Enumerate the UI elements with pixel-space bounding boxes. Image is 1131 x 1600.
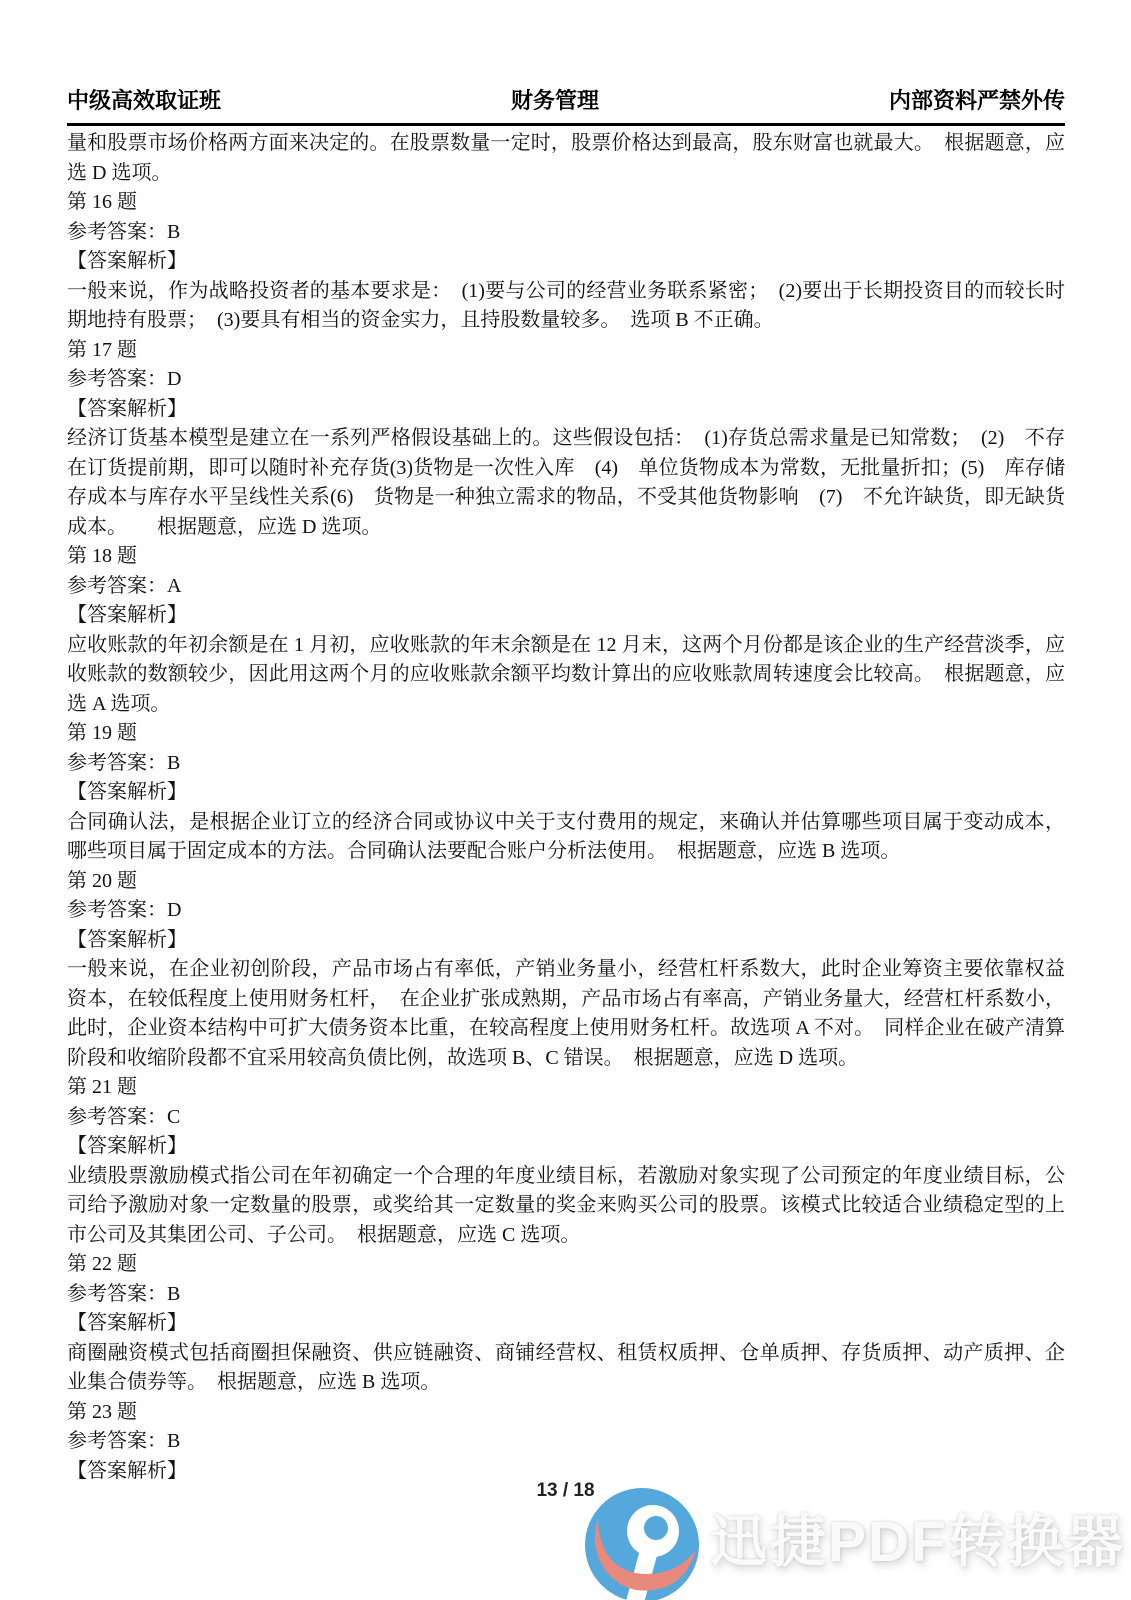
analysis-label: 【答案解析】 xyxy=(67,247,1065,277)
analysis-text: 一般来说，作为战略投资者的基本要求是： (1)要与公司的经营业务联系紧密； (2… xyxy=(67,277,1065,336)
analysis-text: 一般来说，在企业初创阶段，产品市场占有率低，产销业务量小，经营杠杆系数大，此时企… xyxy=(67,955,1065,1073)
watermark-text: 迅捷PDF转换器 xyxy=(710,1496,1125,1578)
document-page: 中级高效取证班 财务管理 内部资料严禁外传 量和股票市场价格两方面来决定的。在股… xyxy=(67,0,1065,1486)
analysis-text: 商圈融资模式包括商圈担保融资、供应链融资、商铺经营权、租赁权质押、仓单质押、存货… xyxy=(67,1339,1065,1398)
header-course-name: 中级高效取证班 xyxy=(67,84,221,115)
reference-answer: 参考答案：B xyxy=(67,1280,1065,1310)
analysis-label: 【答案解析】 xyxy=(67,778,1065,808)
question-block: 第 17 题 参考答案：D 【答案解析】 经济订货基本模型是建立在一系列严格假设… xyxy=(67,336,1065,543)
analysis-label: 【答案解析】 xyxy=(67,395,1065,425)
question-block: 第 21 题 参考答案：C 【答案解析】 业绩股票激励模式指公司在年初确定一个合… xyxy=(67,1073,1065,1250)
reference-answer: 参考答案：C xyxy=(67,1103,1065,1133)
question-number: 第 22 题 xyxy=(67,1250,1065,1280)
reference-answer: 参考答案：D xyxy=(67,896,1065,926)
intro-paragraph: 量和股票市场价格两方面来决定的。在股票数量一定时，股票价格达到最高，股东财富也就… xyxy=(67,129,1065,188)
analysis-text: 合同确认法，是根据企业订立的经济合同或协议中关于支付费用的规定，来确认并估算哪些… xyxy=(67,808,1065,867)
header-subject-title: 财务管理 xyxy=(511,84,599,115)
question-number: 第 18 题 xyxy=(67,542,1065,572)
question-block: 第 22 题 参考答案：B 【答案解析】 商圈融资模式包括商圈担保融资、供应链融… xyxy=(67,1250,1065,1398)
analysis-label: 【答案解析】 xyxy=(67,926,1065,956)
question-block: 第 23 题 参考答案：B 【答案解析】 xyxy=(67,1398,1065,1487)
reference-answer: 参考答案：B xyxy=(67,218,1065,248)
question-block: 第 18 题 参考答案：A 【答案解析】 应收账款的年初余额是在 1 月初，应收… xyxy=(67,542,1065,719)
reference-answer: 参考答案：A xyxy=(67,572,1065,602)
analysis-text: 经济订货基本模型是建立在一系列严格假设基础上的。这些假设包括： (1)存货总需求… xyxy=(67,424,1065,542)
question-number: 第 17 题 xyxy=(67,336,1065,366)
reference-answer: 参考答案：B xyxy=(67,1427,1065,1457)
question-number: 第 16 题 xyxy=(67,188,1065,218)
pdf-converter-logo-icon xyxy=(583,1486,701,1600)
question-block: 第 19 题 参考答案：B 【答案解析】 合同确认法，是根据企业订立的经济合同或… xyxy=(67,719,1065,867)
reference-answer: 参考答案：D xyxy=(67,365,1065,395)
question-block: 第 16 题 参考答案：B 【答案解析】 一般来说，作为战略投资者的基本要求是：… xyxy=(67,188,1065,336)
analysis-text: 业绩股票激励模式指公司在年初确定一个合理的年度业绩目标，若激励对象实现了公司预定… xyxy=(67,1162,1065,1251)
analysis-label: 【答案解析】 xyxy=(67,601,1065,631)
analysis-label: 【答案解析】 xyxy=(67,1132,1065,1162)
page-header: 中级高效取证班 财务管理 内部资料严禁外传 xyxy=(67,0,1065,126)
question-number: 第 19 题 xyxy=(67,719,1065,749)
question-number: 第 21 题 xyxy=(67,1073,1065,1103)
question-block: 第 20 题 参考答案：D 【答案解析】 一般来说，在企业初创阶段，产品市场占有… xyxy=(67,867,1065,1074)
question-number: 第 23 题 xyxy=(67,1398,1065,1428)
question-number: 第 20 题 xyxy=(67,867,1065,897)
analysis-label: 【答案解析】 xyxy=(67,1309,1065,1339)
analysis-text: 应收账款的年初余额是在 1 月初，应收账款的年末余额是在 12 月末，这两个月份… xyxy=(67,631,1065,720)
document-body: 量和股票市场价格两方面来决定的。在股票数量一定时，股票价格达到最高，股东财富也就… xyxy=(67,129,1065,1486)
reference-answer: 参考答案：B xyxy=(67,749,1065,779)
header-confidential-notice: 内部资料严禁外传 xyxy=(889,84,1065,115)
